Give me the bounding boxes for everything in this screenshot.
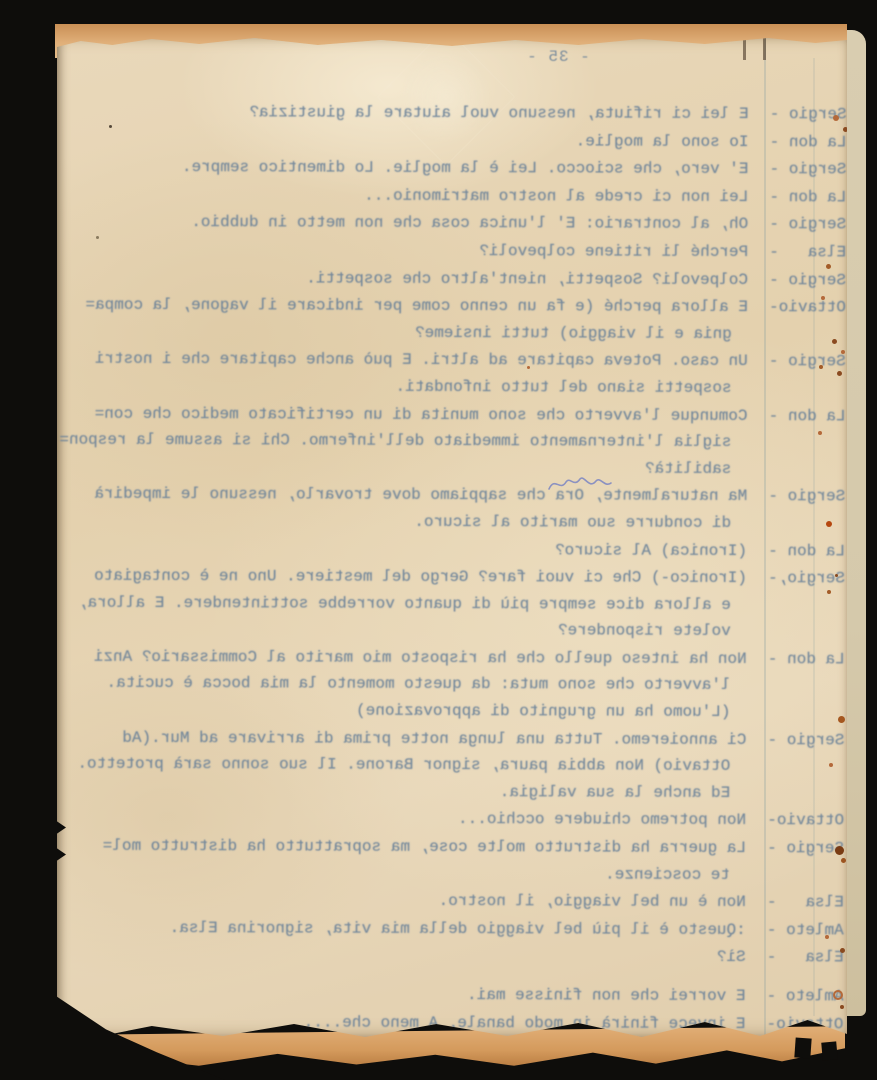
dialogue-text: Non ha inteso quello che ha risposto mio…	[94, 644, 747, 673]
typewritten-line: Elsa -Non è un bel viaggio, il nostro.	[61, 887, 844, 916]
typewritten-line: Amleto -:Questo è il più bel viaggio del…	[61, 914, 844, 943]
typewritten-line: Sergio -Ma naturalmente, Ora che sappiam…	[62, 481, 845, 510]
typewritten-line: La don -Non ha inteso quello che ha risp…	[62, 644, 845, 673]
speech-block: Sergio -Oh, al contrario: E' l'unica cos…	[63, 209, 846, 238]
rust-spot	[840, 1005, 844, 1009]
typewritten-line: Ottavio-Non potremo chiudere occhio...	[61, 805, 844, 834]
typewritten-line-continuation: l'avverto che sono muta: da questo momen…	[62, 670, 845, 699]
rust-spot	[833, 990, 843, 1000]
speaker-label: La don -	[747, 646, 845, 673]
speaker-label: Sergio -	[747, 483, 845, 510]
speech-block: Sergio -La guerra ha distrutto molte cos…	[61, 833, 844, 889]
rust-spot	[109, 125, 112, 128]
dialogue-text: volete rispondere?	[558, 618, 731, 645]
rust-spot	[837, 371, 842, 376]
typewritten-line-continuation: sospetti siano del tutto infondati.	[63, 373, 846, 402]
speech-block: La don -Comunque l'avverto che sono muni…	[62, 400, 845, 483]
speaker-label: Amleto -	[745, 983, 843, 1010]
dialogue-text: sabilità?	[645, 455, 732, 482]
speaker-label: Sergio -	[746, 727, 844, 754]
torn-edge-notch	[821, 1041, 838, 1060]
rust-spot	[841, 858, 846, 863]
speech-block: Sergio -Colpevoli? Sospetti, nient'altro…	[63, 264, 846, 293]
rust-spot	[835, 574, 838, 577]
dialogue-text: siglia l'internamento immediato dell'inf…	[59, 427, 731, 456]
speech-block: Sergio -E' vero, che sciocco. Lei è la m…	[63, 154, 846, 183]
speaker-label: Sergio -	[748, 211, 846, 238]
speech-block: Sergio,-(Ironico-) Che ci vuoi fare? Ger…	[62, 563, 845, 646]
typewritten-line: Sergio -Ci annoieremo. Tutta una lunga n…	[61, 724, 844, 753]
typewritten-line-continuation: di condurre suo marito al sicuro.	[62, 508, 845, 537]
speech-block: La don -(Ironica) Al sicuro?	[62, 535, 845, 564]
rust-spot	[826, 264, 831, 269]
speaker-label: Amleto -	[746, 917, 844, 944]
dialogue-text: Colpevoli? Sospetti, nient'altro che sos…	[306, 265, 748, 293]
typewritten-line: Amleto -E vorrei che non finisse mai.	[60, 981, 843, 1010]
torn-edge-notch	[794, 1037, 811, 1058]
typewritten-line: Sergio -Un caso. Poteva capitare ad altr…	[63, 346, 846, 375]
rust-spot	[826, 521, 832, 527]
dialogue-text: (Ironica) Al sicuro?	[555, 537, 747, 564]
typewritten-line: Elsa -Perché li ritiene colpevoli?	[63, 237, 846, 266]
dialogue-text: gnia e il viaggio) tutti insieme?	[415, 320, 732, 348]
dialogue-text: Ci annoieremo. Tutta una lunga notte pri…	[122, 725, 746, 754]
speech-block: Amleto -:Questo è il più bel viaggio del…	[61, 914, 844, 943]
rust-spot	[841, 350, 845, 354]
dialogue-text: Perché li ritiene colpevoli?	[479, 238, 748, 266]
typescript-page-verso: - 35 - Sergio -E lei ci rifiuta, nessuno…	[57, 36, 847, 1038]
speech-block: La don -Lei non ci crede al nostro matri…	[63, 181, 846, 210]
dialogue-text: Non potremo chiudere occhio...	[458, 806, 746, 834]
typewritten-line-continuation: gnia e il viaggio) tutti insieme?	[63, 318, 846, 347]
rust-spot	[818, 431, 822, 435]
speaker-label: La don -	[748, 184, 846, 211]
dialogue-text: Sì?	[717, 944, 746, 971]
rust-spot	[829, 763, 833, 767]
dialogue-text: Io sono la moglie.	[576, 128, 749, 155]
speech-block: Ottavio-Non potremo chiudere occhio...	[61, 805, 844, 834]
typewritten-line: Sergio -E' vero, che sciocco. Lei è la m…	[63, 154, 846, 183]
dialogue-text: te coscienze.	[605, 861, 730, 888]
dialogue-text: di condurre suo marito al sicuro.	[414, 509, 731, 537]
typewritten-line-continuation: siglia l'internamento immediato dell'inf…	[62, 427, 845, 456]
speech-block: Sergio -Un caso. Poteva capitare ad altr…	[63, 346, 846, 402]
typewritten-line: La don -Comunque l'avverto che sono muni…	[62, 400, 845, 429]
typewritten-line: Sergio,-(Ironico-) Che ci vuoi fare? Ger…	[62, 563, 845, 592]
typewritten-line: La don -Lei non ci crede al nostro matri…	[63, 181, 846, 210]
dialogue-text: Un caso. Poteva capitare ad altri. E può…	[95, 346, 748, 375]
typewritten-line: Ottavio-E allora perché (e fa un cenno c…	[63, 292, 846, 321]
rust-spot	[825, 935, 829, 939]
typewritten-line: Sergio -La guerra ha distrutto molte cos…	[61, 833, 844, 862]
dialogue-text: Non è un bel viaggio, il nostro.	[439, 888, 746, 916]
dialogue-text: sospetti siano del tutto infondati.	[396, 374, 732, 402]
speaker-label: Sergio -	[748, 267, 846, 294]
typewritten-line-continuation: sabilità?	[62, 453, 845, 482]
dialogue-text: Ottavio) Non abbia paura, signor Barone.…	[77, 751, 730, 780]
speech-block: Sergio -Ci annoieremo. Tutta una lunga n…	[61, 724, 844, 807]
typewritten-line: Elsa -Sì?	[61, 942, 844, 971]
dialogue-text: La guerra ha distrutto molte cose, ma so…	[103, 833, 746, 862]
speaker-label: Ottavio-	[746, 807, 844, 834]
speaker-label: Elsa -	[748, 239, 846, 266]
speaker-label: La don -	[747, 538, 845, 565]
speech-block: Amleto -E vorrei che non finisse mai.	[60, 981, 843, 1010]
dialogue-text: Ma naturalmente, Ora che sappiamo dove t…	[94, 481, 747, 510]
typewritten-line-continuation: te coscienze.	[61, 859, 844, 888]
typewritten-dialogue-mirrored: Sergio -E lei ci rifiuta, nessuno vuol a…	[60, 99, 846, 1039]
speech-block: Ottavio-E allora perché (e fa un cenno c…	[63, 292, 846, 348]
typewritten-line-continuation: Ottavio) Non abbia paura, signor Barone.…	[61, 751, 844, 780]
dialogue-text: Oh, al contrario: E' l'unica cosa che no…	[191, 209, 748, 238]
speaker-label: Sergio -	[748, 156, 846, 183]
typewritten-line-continuation: e allora dice sempre più di quanto vorre…	[62, 589, 845, 618]
speech-block: La don -Non ha inteso quello che ha risp…	[61, 644, 844, 727]
dialogue-text: Lei non ci crede al nostro matrimonio...	[364, 182, 748, 210]
page-number: - 35 -	[508, 48, 608, 66]
speech-block: Sergio -Ma naturalmente, Ora che sappiam…	[62, 481, 845, 537]
speaker-label: Sergio -	[746, 835, 844, 862]
rust-spot	[840, 948, 845, 953]
typewritten-line: Sergio -Oh, al contrario: E' l'unica cos…	[63, 209, 846, 238]
typewritten-line: La don -(Ironica) Al sicuro?	[62, 535, 845, 564]
speaker-label: Sergio -	[749, 101, 847, 128]
dialogue-text: Comunque l'avverto che sono munita di un…	[95, 400, 748, 429]
dialogue-text: E' vero, che sciocco. Lei è la moglie. L…	[182, 154, 749, 183]
rust-spot	[833, 115, 839, 121]
dialogue-text: E vorrei che non finisse mai.	[467, 982, 746, 1010]
rust-spot	[96, 236, 99, 239]
typewritten-line: Sergio -E lei ci rifiuta, nessuno vuol a…	[64, 99, 847, 128]
handwritten-ink-mark	[546, 472, 616, 496]
scanned-photo-background: - 35 - Sergio -E lei ci rifiuta, nessuno…	[0, 0, 877, 1080]
rust-spot	[827, 590, 831, 594]
dialogue-text: l'avverto che sono muta: da questo momen…	[106, 670, 730, 699]
speech-block: Sergio -E lei ci rifiuta, nessuno vuol a…	[64, 99, 847, 128]
speech-block: Elsa -Sì?	[61, 942, 844, 971]
dialogue-text: (L'uomo ha un grugnito di approvazione)	[356, 698, 731, 726]
speech-block: Elsa -Perché li ritiene colpevoli?	[63, 237, 846, 266]
speech-block: Elsa -Non è un bel viaggio, il nostro.	[61, 887, 844, 916]
speaker-label: Ottavio-	[748, 294, 846, 321]
speaker-label: La don -	[747, 403, 845, 430]
speaker-label: Elsa -	[746, 889, 844, 916]
dialogue-text: :Questo è il più bel viaggio della mia v…	[170, 915, 746, 944]
speaker-label: Sergio -	[748, 348, 846, 375]
rust-spot	[832, 339, 837, 344]
rust-spot	[819, 365, 823, 369]
speaker-label: La don -	[748, 129, 846, 156]
speaker-label: Sergio,-	[747, 565, 845, 592]
speech-block: La don -Io sono la moglie.	[63, 126, 846, 155]
typewritten-line-continuation: (L'uomo ha un grugnito di approvazione)	[61, 697, 844, 726]
typewritten-line-continuation: volete rispondere?	[62, 616, 845, 645]
dialogue-text: E allora perché (e fa un cenno come per …	[85, 292, 748, 321]
dialogue-text: E lei ci rifiuta, nessuno vuol aiutare l…	[249, 99, 748, 127]
typewritten-line: La don -Io sono la moglie.	[63, 126, 846, 155]
dialogue-text: e allora dice sempre più di quanto vorre…	[78, 589, 731, 618]
rust-spot	[821, 296, 825, 300]
typewritten-line: Sergio -Colpevoli? Sospetti, nient'altro…	[63, 264, 846, 293]
typewritten-line-continuation: Ed anche la sua valigia.	[61, 777, 844, 806]
rust-spot	[835, 846, 844, 855]
dialogue-text: Ed anche la sua valigia.	[500, 779, 731, 806]
rust-spot	[838, 716, 845, 723]
speaker-label: Elsa -	[746, 944, 844, 971]
dialogue-text: (Ironico-) Che ci vuoi fare? Gergo del m…	[94, 563, 747, 592]
rust-spot	[527, 366, 530, 369]
